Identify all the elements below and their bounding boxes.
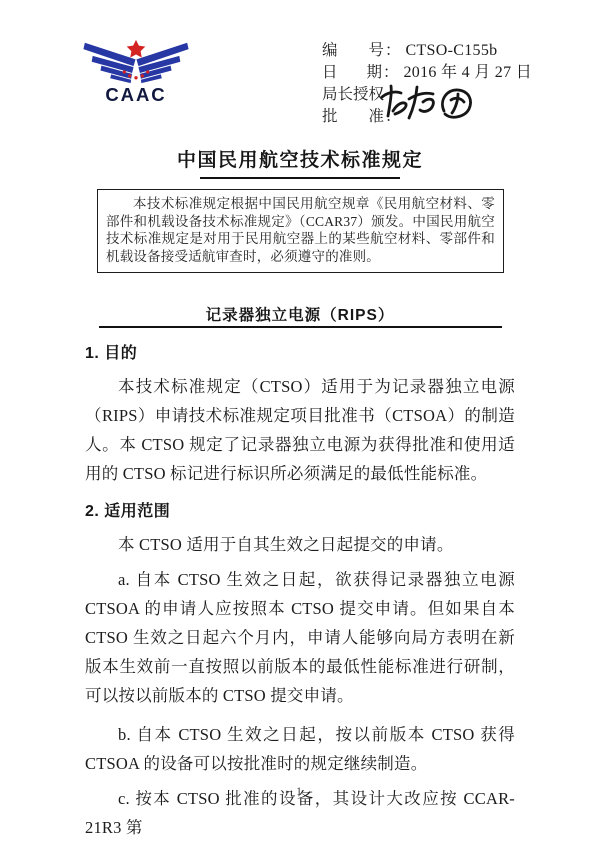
document-title: 中国民用航空技术标准规定 <box>0 145 600 172</box>
document-page: CAAC 编号： CTSO-C155b 日期： 2016 年 4 月 27 日 … <box>0 0 600 849</box>
authorized-by-label: 局长授权 <box>322 84 384 106</box>
approval-signature-icon <box>378 80 478 124</box>
star-icon <box>127 40 146 58</box>
caac-logo-text: CAAC <box>105 84 166 105</box>
section-2-item-b: b. 自本 CTSO 生效之日起，按以前版本 CTSO 获得 CTSOA 的设备… <box>85 720 515 778</box>
doc-number-value: CTSO-C155b <box>406 40 498 62</box>
subject-title: 记录器独立电源（RIPS） <box>0 303 600 325</box>
title-underline <box>200 177 400 179</box>
caac-logo: CAAC <box>80 36 192 106</box>
colon: ： <box>385 40 401 62</box>
subject-rule <box>99 326 502 328</box>
approval-label: 批准 <box>322 106 384 128</box>
doc-date-label: 日期 <box>322 62 382 84</box>
section-2-paragraph: 本 CTSO 适用于自其生效之日起提交的申请。 <box>85 530 515 559</box>
caac-wings-icon: CAAC <box>80 36 192 106</box>
page-number: - 1 - <box>0 786 600 798</box>
document-body: 1. 目的 本技术标准规定（CTSO）适用于为记录器独立电源（RIPS）申请技术… <box>85 334 515 842</box>
section-1-paragraph: 本技术标准规定（CTSO）适用于为记录器独立电源（RIPS）申请技术标准规定项目… <box>85 372 515 488</box>
section-1-heading: 1. 目的 <box>85 342 515 366</box>
document-header-info: 编号： CTSO-C155b 日期： 2016 年 4 月 27 日 局长授权 … <box>322 40 532 128</box>
doc-number-label: 编号 <box>322 40 384 62</box>
doc-number-row: 编号： CTSO-C155b <box>322 40 532 62</box>
section-2-item-a: a. 自本 CTSO 生效之日起，欲获得记录器独立电源 CTSOA 的申请人应按… <box>85 565 515 710</box>
notice-box: 本技术标准规定根据中国民用航空规章《民用航空材料、零部件和机载设备技术标准规定》… <box>97 189 504 273</box>
section-2-heading: 2. 适用范围 <box>85 500 515 524</box>
